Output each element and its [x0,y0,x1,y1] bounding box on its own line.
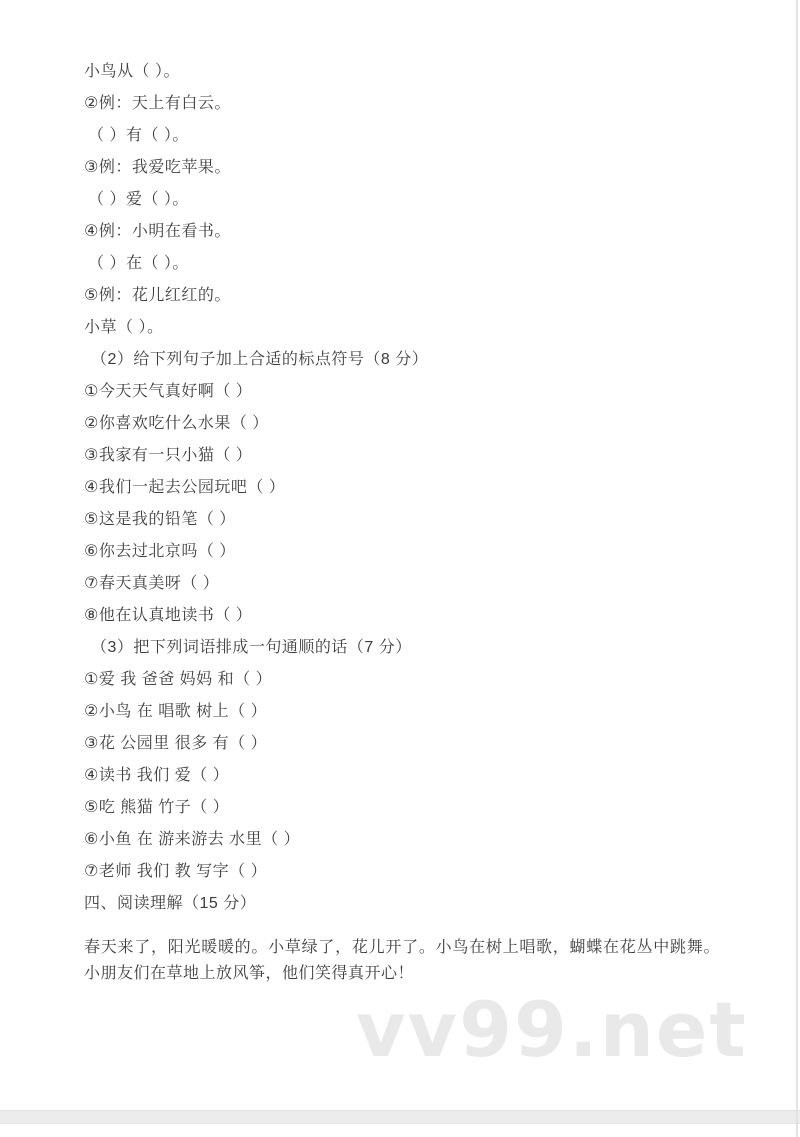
document-line: ⑤例：花儿红红的。 [84,280,734,312]
document-line: 四、阅读理解（15 分） [84,888,734,920]
document-line: （3）把下列词语排成一句通顺的话（7 分） [84,632,734,664]
document-line: ③例：我爱吃苹果。 [84,152,734,184]
document-line: （2）给下列句子加上合适的标点符号（8 分） [84,344,734,376]
document-line: ①爱 我 爸爸 妈妈 和（ ） [84,664,734,696]
document-line: 小鸟从（ ）。 [84,56,734,88]
document-line: ②例：天上有白云。 [84,88,734,120]
document-line: （ ）爱（ ）。 [84,184,734,216]
document-line: （ ）在（ ）。 [84,248,734,280]
document-line: ⑤吃 熊猫 竹子（ ） [84,792,734,824]
document-line: ①今天天气真好啊（ ） [84,376,734,408]
document-line: ②你喜欢吃什么水果（ ） [84,408,734,440]
document-line: ②小鸟 在 唱歌 树上（ ） [84,696,734,728]
document-line: ④我们一起去公园玩吧（ ） [84,472,734,504]
watermark: vv99.net [356,985,748,1074]
document-line: （ ）有（ ）。 [84,120,734,152]
page-edge-line [796,0,798,1137]
document-line: ⑤这是我的铅笔（ ） [84,504,734,536]
document-line: ③花 公园里 很多 有（ ） [84,728,734,760]
next-page-top [0,1124,800,1137]
document-line: ⑦春天真美呀（ ） [84,568,734,600]
document-page: 小鸟从（ ）。②例：天上有白云。（ ）有（ ）。③例：我爱吃苹果。（ ）爱（ ）… [0,0,800,1110]
document-line: ⑥你去过北京吗（ ） [84,536,734,568]
reading-passage: 春天来了，阳光暖暖的。小草绿了，花儿开了。小鸟在树上唱歌，蝴蝶在花丛中跳舞。小朋… [84,935,720,987]
document-line: ⑥小鱼 在 游来游去 水里（ ） [84,824,734,856]
document-line: ⑦老师 我们 教 写字（ ） [84,856,734,888]
exam-lines: 小鸟从（ ）。②例：天上有白云。（ ）有（ ）。③例：我爱吃苹果。（ ）爱（ ）… [84,56,734,920]
page-separator [0,1110,800,1124]
document-line: 小草（ ）。 [84,312,734,344]
document-line: ⑧他在认真地读书（ ） [84,600,734,632]
document-line: ④例：小明在看书。 [84,216,734,248]
document-line: ③我家有一只小猫（ ） [84,440,734,472]
document-line: ④读书 我们 爱（ ） [84,760,734,792]
document-content: 小鸟从（ ）。②例：天上有白云。（ ）有（ ）。③例：我爱吃苹果。（ ）爱（ ）… [84,56,734,987]
